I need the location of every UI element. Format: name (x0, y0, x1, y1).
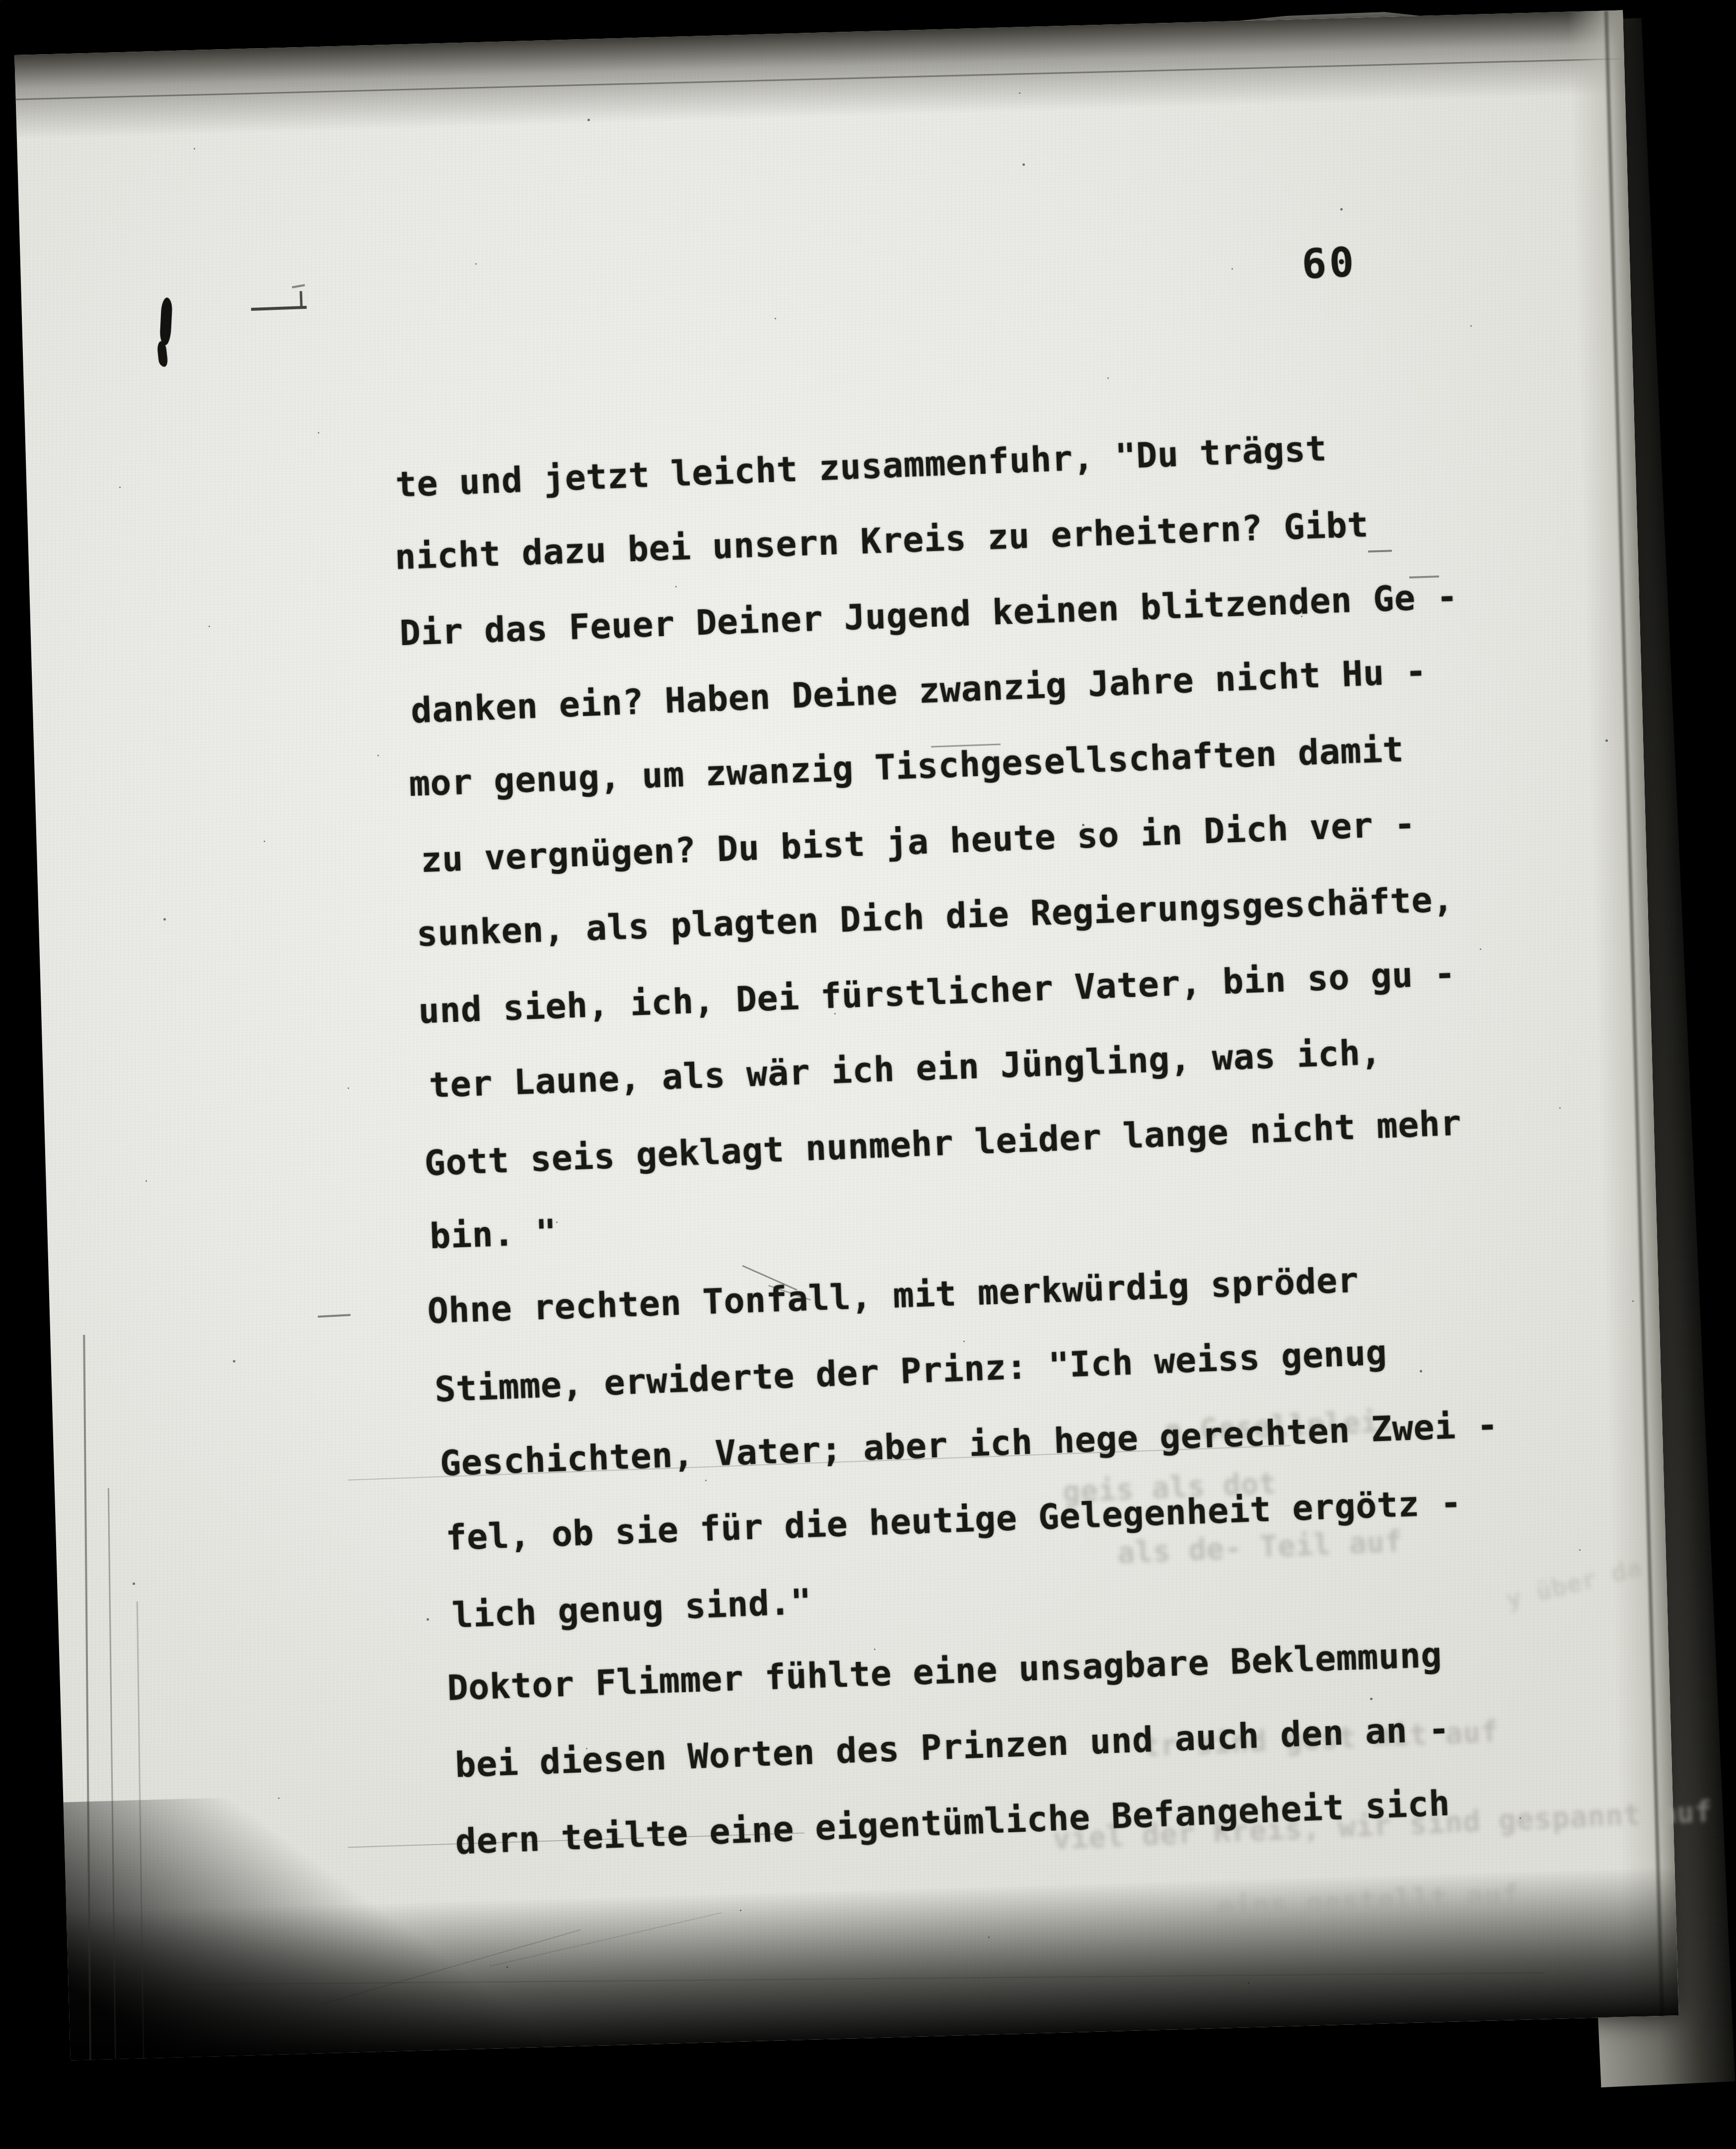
pen-dash-mark (251, 306, 307, 311)
page-number: 60 (1301, 239, 1358, 288)
ink-blob-mark (159, 297, 173, 346)
dust-speckles (0, 0, 1, 1)
typewritten-text-block: te und jetzt leicht zusammenfuhr, "Du tr… (393, 405, 1567, 1879)
scanned-typescript-photo: n Gesellplei. geis als dot als de- Teil … (0, 0, 1736, 2149)
typewritten-ink-layer: 60 te und jetzt leicht zusammenfuhr, "Du… (6, 3, 1687, 2067)
